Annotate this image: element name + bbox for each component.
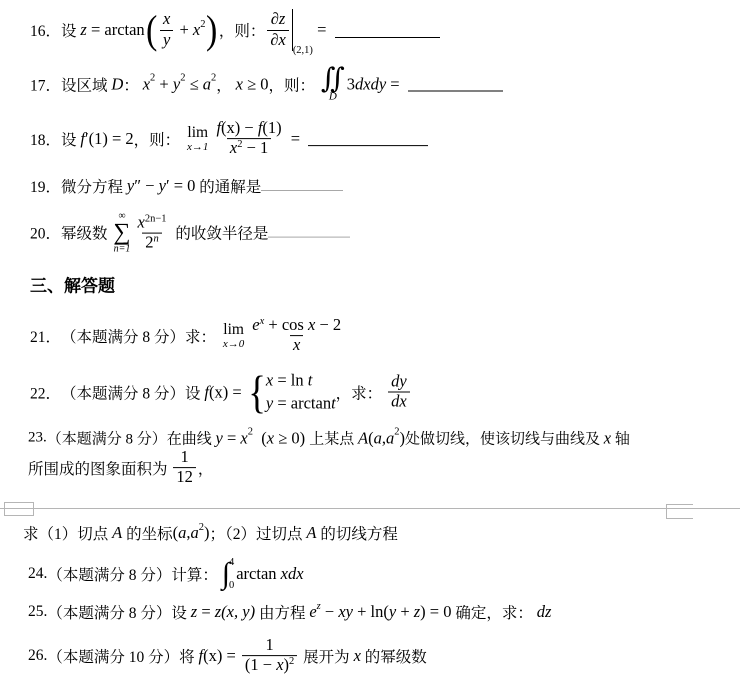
question-number: 16． [30, 19, 61, 41]
fraction: xy [160, 10, 173, 50]
text-fragment: 所围成的图象面积为 [28, 457, 171, 479]
partial-fraction: ∂z∂x [267, 10, 288, 50]
superscript: x [260, 316, 265, 327]
double-integral: ∬D [321, 66, 345, 103]
math-var: y [389, 602, 396, 622]
math-op: ( [253, 428, 267, 448]
superscript: z [317, 601, 321, 612]
summation: ∞∑n=1 [113, 212, 130, 255]
question-number: 25. [28, 603, 47, 621]
evaluation-bar: (2,1) [292, 9, 313, 51]
math-var: xdx [281, 564, 304, 584]
superscript: 2 [237, 140, 242, 151]
integral-upper-limit: 4 [229, 557, 234, 568]
math-var: a [191, 523, 199, 543]
fraction: f(x) − f(1)x2 − 1 [213, 119, 284, 159]
math-var: xy [338, 602, 353, 622]
question-21: 21．（本题满分 8 分）求： limx→0ex + cos x − 2x [30, 316, 346, 356]
math-op: − 1 [242, 139, 268, 158]
math-op: + [175, 20, 193, 40]
math-const: 1 [181, 447, 189, 466]
page-break-line [0, 508, 740, 509]
fraction: x2n−12n [135, 213, 170, 253]
math-op: = arctan [87, 20, 145, 40]
math-const: 3 [347, 74, 355, 94]
sum-lower-limit: n=1 [114, 244, 131, 254]
question-23-line1: 23.（本题满分 8 分）在曲线 y = x2 (x ≥ 0) 上某点 A(a,… [28, 428, 630, 449]
limit-subscript: x→1 [187, 142, 208, 153]
answer-line [268, 236, 350, 237]
math-op: + [155, 74, 173, 94]
text-fragment: 的坐标 [122, 522, 172, 544]
math-var: dx [391, 392, 407, 411]
text-fragment: ，则： [269, 73, 319, 95]
math-op: + cos [264, 315, 308, 334]
math-var: x [240, 428, 247, 448]
fraction: 1(1 − x)2 [242, 636, 297, 676]
math-var: a [386, 428, 394, 448]
equation-system: {x = ln ty = arctant [246, 371, 336, 414]
math-op: (1) [262, 118, 281, 137]
math-op: ≥ 0) [274, 428, 309, 448]
math-const: 1 [265, 635, 273, 654]
text-fragment: ， [216, 73, 235, 95]
math-var: D [111, 74, 123, 94]
math-var: x [236, 74, 243, 94]
math-op: = [313, 20, 331, 40]
math-op: ≥ 0 [243, 74, 269, 94]
limit-label: lim [223, 322, 244, 338]
math-var: y [216, 428, 223, 448]
math-op: = [223, 428, 241, 448]
question-22: 22．（本题满分 8 分）设 f(x) = {x = ln ty = arcta… [30, 371, 412, 414]
math-var: t [308, 371, 313, 390]
text-fragment: （本题满分 10 分）将 [47, 645, 198, 667]
superscript: n [154, 233, 159, 244]
eval-point: (2,1) [293, 45, 313, 56]
math-op: + ln( [353, 602, 389, 622]
math-op: = [287, 129, 305, 149]
question-number: 18． [30, 128, 61, 150]
math-op: = [197, 602, 215, 622]
math-var: x [354, 646, 361, 666]
limit: limx→0 [223, 322, 244, 350]
question-24: 24.（本题满分 8 分）计算： ∫40arctan xdx [28, 557, 304, 591]
answer-blank [308, 146, 428, 147]
question-25: 25.（本题满分 8 分）设 z = z(x, y) 由方程 ez − xy +… [28, 601, 551, 623]
system-row: x = ln t [266, 371, 312, 391]
integral: ∫40 [222, 557, 234, 591]
math-var: x [193, 20, 200, 40]
sigma-sign: ∑ [113, 222, 130, 245]
text-fragment: 幂级数 [61, 222, 111, 244]
math-op: = arctan [273, 394, 331, 413]
math-var: ∂x [270, 30, 285, 49]
math-var: y [163, 30, 170, 49]
text-fragment: 展开为 [299, 645, 353, 667]
page-break-right-mark [666, 504, 693, 519]
question-17: 17．设区域 D： x2 + y2 ≤ a2， x ≥ 0，则： ∬D3dxdy… [30, 66, 503, 103]
text-fragment: （本题满分 8 分）在曲线 [47, 428, 216, 449]
math-var: a [203, 74, 211, 94]
limit-label: lim [187, 125, 208, 141]
text-fragment: （本题满分 8 分）计算： [47, 563, 221, 585]
math-var: dy [391, 371, 407, 390]
question-number: 26. [28, 647, 47, 665]
question-number: 19． [30, 175, 61, 197]
question-number: 24. [28, 565, 47, 583]
math-var: x [267, 428, 274, 448]
double-integral-sign: ∬ [321, 66, 345, 94]
math-const: 2 [145, 232, 153, 251]
text-fragment: ；（2）过切点 [210, 522, 307, 544]
superscript: 2 [211, 73, 216, 84]
math-var: x [293, 336, 300, 355]
math-var: x [604, 428, 611, 448]
text-fragment: 设 [61, 19, 80, 41]
text-fragment: 的幂级数 [361, 645, 427, 667]
answer-line [261, 190, 343, 191]
math-op: (1 − [245, 656, 276, 675]
superscript: 2 [289, 657, 294, 668]
math-var: a [374, 428, 382, 448]
math-op: ″ − [134, 176, 158, 196]
superscript: 2n−1 [145, 213, 167, 224]
text-fragment: 的收敛半径是 [172, 222, 269, 244]
left-brace: { [248, 372, 266, 411]
text-fragment: ，则： [219, 19, 266, 41]
fraction: 112 [173, 448, 196, 488]
math-var: dxdy [355, 74, 386, 94]
text-fragment: 处做切线，使该切线与曲线及 [405, 428, 604, 449]
limit-subscript: x→0 [223, 339, 244, 350]
fraction: dydx [388, 372, 410, 412]
math-var: e [309, 602, 316, 622]
section-title: 三、解答题 [30, 272, 115, 297]
question-number: 17． [30, 73, 61, 95]
text-fragment: 设 [61, 128, 80, 150]
question-26: 26.（本题满分 10 分）将 f(x) = 1(1 − x)2 展开为 x 的… [28, 636, 427, 676]
math-var: x [276, 656, 283, 675]
text-fragment: 的通解是 [195, 175, 261, 197]
math-op: (x) − [221, 118, 258, 137]
question-number: 23. [28, 430, 47, 447]
text-fragment: （本题满分 8 分）求： [61, 325, 220, 347]
question-number: 20． [30, 222, 61, 244]
text-fragment: 设区域 [61, 73, 111, 95]
math-var: x [143, 74, 150, 94]
question-23-tasks: 求（1）切点 A 的坐标(a,a2)；（2）过切点 A 的切线方程 [23, 522, 398, 544]
text-fragment: ，求： [336, 381, 386, 403]
text-fragment: 轴 [611, 428, 630, 449]
superscript: 2 [200, 19, 205, 30]
integral-domain: D [329, 92, 337, 103]
superscript: 2 [180, 73, 185, 84]
text-fragment: （本题满分 8 分）设 [61, 381, 204, 403]
superscript: 2 [150, 73, 155, 84]
text-fragment: ，则： [134, 128, 184, 150]
question-number: 21． [30, 325, 61, 347]
question-19: 19．微分方程 y″ − y′ = 0 的通解是 [30, 175, 343, 197]
math-var: e [252, 315, 259, 334]
math-op: − [321, 602, 339, 622]
math-var: (x, y) [221, 602, 255, 622]
fraction: ex + cos x − 2x [249, 316, 344, 356]
question-number: 22． [30, 381, 61, 403]
text-fragment: 微分方程 [61, 175, 127, 197]
text-fragment: 的切线方程 [316, 522, 397, 544]
system-row: y = arctant [266, 394, 336, 414]
math-var: A [112, 523, 122, 543]
math-op: − 2 [315, 315, 341, 334]
math-var: y [127, 176, 134, 196]
right-paren: ) [206, 10, 217, 50]
text-fragment: 由方程 [255, 601, 309, 623]
page-break-left-mark [4, 502, 34, 516]
math-var: A [306, 523, 316, 543]
math-op: = ln [273, 371, 308, 390]
math-var: dz [537, 602, 552, 622]
question-18: 18．设 f′(1) = 2，则： limx→1f(x) − f(1)x2 − … [30, 119, 428, 159]
question-23-line2: 所围成的图象面积为 112， [28, 448, 213, 488]
text-fragment: （本题满分 8 分）设 [47, 601, 190, 623]
math-const: 12 [176, 468, 193, 487]
math-op: ′(1) = 2 [85, 129, 134, 149]
superscript: 2 [394, 427, 399, 438]
math-op: (x) = [209, 382, 246, 402]
text-fragment: 求（1）切点 [23, 522, 112, 544]
text-fragment: ： [123, 73, 142, 95]
math-var: A [358, 428, 368, 448]
limit: limx→1 [187, 125, 208, 153]
math-var: y [173, 74, 180, 94]
math-op: (x) = [203, 646, 240, 666]
math-op: ) = 0 [420, 602, 451, 622]
math-op: arctan [236, 564, 280, 584]
math-var: y [159, 176, 166, 196]
math-op: ≤ [185, 74, 202, 94]
math-var: ∂z [271, 9, 286, 28]
left-paren: ( [146, 10, 157, 50]
math-var: x [138, 212, 145, 231]
math-var: a [178, 523, 186, 543]
math-op: ′ = 0 [166, 176, 195, 196]
math-var: x [163, 9, 170, 28]
superscript: 2 [248, 427, 253, 438]
question-20: 20．幂级数 ∞∑n=1x2n−12n 的收敛半径是 [30, 212, 350, 255]
question-16: 16．设 z = arctan(xy + x2)，则：∂z∂x(2,1) = [30, 9, 440, 51]
superscript: 2 [199, 522, 204, 533]
math-op: = [386, 74, 404, 94]
math-op: + [396, 602, 414, 622]
text-fragment: 上某点 [309, 428, 358, 449]
text-fragment: ， [198, 457, 214, 479]
answer-blank [408, 91, 503, 92]
answer-blank [335, 37, 440, 38]
text-fragment: 确定，求： [451, 601, 536, 623]
section-heading: 三、解答题 [30, 272, 115, 297]
integral-lower-limit: 0 [229, 580, 234, 591]
